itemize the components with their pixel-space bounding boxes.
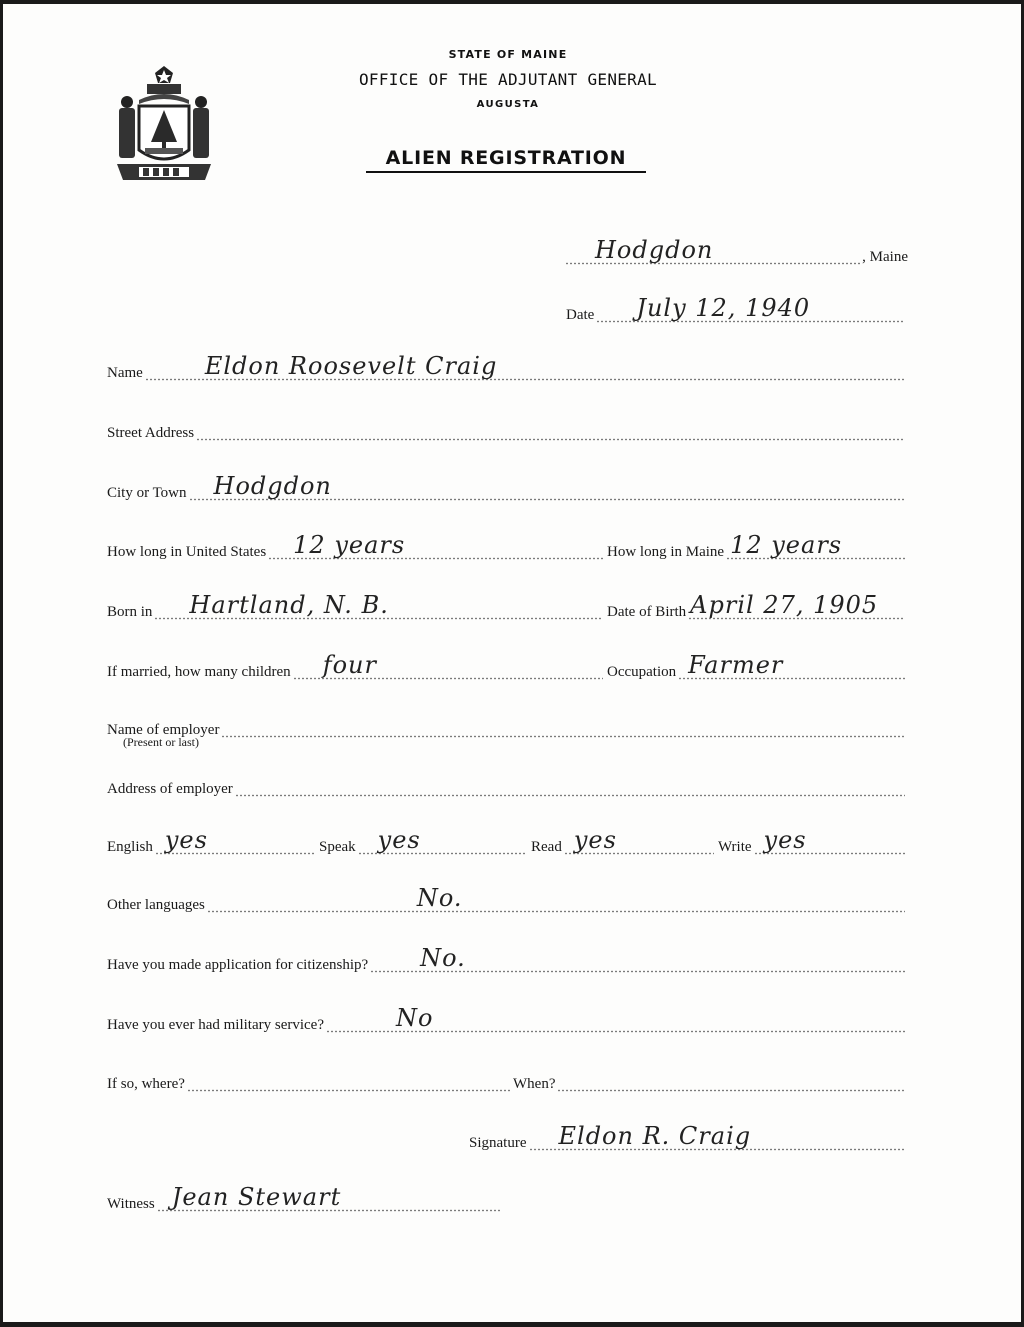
occupation-field[interactable]: Occupation Farmer: [607, 653, 907, 681]
date-value: July 12, 1940: [636, 294, 810, 322]
town-suffix: , Maine: [862, 248, 908, 266]
employer-name-sublabel: (Present or last): [123, 735, 199, 750]
town-value: Hodgdon: [595, 236, 713, 264]
write-label: Write: [718, 838, 752, 856]
date-label: Date: [566, 306, 594, 324]
other-languages-field[interactable]: Other languages No.: [107, 886, 907, 914]
english-value: yes: [165, 826, 208, 854]
name-value: Eldon Roosevelt Craig: [205, 352, 497, 380]
children-field[interactable]: If married, how many children four: [107, 653, 605, 681]
speak-label: Speak: [319, 838, 356, 856]
how-long-us-value: 12 years: [293, 531, 405, 559]
when-label: When?: [513, 1075, 555, 1093]
date-of-birth-label: Date of Birth: [607, 603, 686, 621]
children-value: four: [323, 651, 377, 679]
how-long-maine-field[interactable]: How long in Maine 12 years: [607, 533, 907, 561]
name-field[interactable]: Name Eldon Roosevelt Craig: [107, 354, 907, 382]
other-languages-value: No.: [417, 884, 463, 912]
date-of-birth-field[interactable]: Date of Birth April 27, 1905: [607, 593, 907, 621]
city-label: City or Town: [107, 484, 187, 502]
form-title: ALIEN REGISTRATION: [366, 147, 646, 173]
occupation-value: Farmer: [688, 651, 783, 679]
header-city: AUGUSTA: [303, 99, 713, 110]
signature-value: Eldon R. Craig: [559, 1122, 752, 1150]
read-field[interactable]: Read yes: [531, 828, 716, 856]
write-field[interactable]: Write yes: [718, 828, 908, 856]
military-service-value: No: [396, 1004, 433, 1032]
other-languages-label: Other languages: [107, 896, 205, 914]
how-long-maine-value: 12 years: [730, 531, 842, 559]
town-field[interactable]: Hodgdon , Maine: [563, 238, 908, 266]
where-field[interactable]: If so, where?: [107, 1065, 512, 1093]
citizenship-label: Have you made application for citizenshi…: [107, 956, 368, 974]
born-in-field[interactable]: Born in Hartland, N. B.: [107, 593, 605, 621]
where-label: If so, where?: [107, 1075, 185, 1093]
english-field[interactable]: English yes: [107, 828, 317, 856]
city-value: Hodgdon: [214, 472, 332, 500]
military-service-field[interactable]: Have you ever had military service? No: [107, 1006, 907, 1034]
employer-name-field[interactable]: Name of employer: [107, 711, 907, 739]
speak-value: yes: [378, 826, 421, 854]
header-state: STATE OF MAINE: [303, 48, 713, 61]
maine-state-seal-icon: [109, 64, 219, 186]
when-field[interactable]: When?: [513, 1065, 907, 1093]
english-label: English: [107, 838, 153, 856]
born-in-value: Hartland, N. B.: [189, 591, 388, 619]
registration-form-page: STATE OF MAINE OFFICE OF THE ADJUTANT GE…: [3, 4, 1021, 1322]
city-field[interactable]: City or Town Hodgdon: [107, 474, 907, 502]
date-field[interactable]: Date July 12, 1940: [566, 296, 906, 324]
signature-field[interactable]: Signature Eldon R. Craig: [469, 1124, 907, 1152]
date-of-birth-value: April 27, 1905: [690, 591, 878, 619]
children-label: If married, how many children: [107, 663, 291, 681]
read-label: Read: [531, 838, 562, 856]
witness-field[interactable]: Witness Jean Stewart: [107, 1185, 502, 1213]
witness-value: Jean Stewart: [172, 1183, 341, 1211]
how-long-us-field[interactable]: How long in United States 12 years: [107, 533, 605, 561]
speak-field[interactable]: Speak yes: [319, 828, 529, 856]
how-long-us-label: How long in United States: [107, 543, 266, 561]
name-label: Name: [107, 364, 143, 382]
citizenship-field[interactable]: Have you made application for citizenshi…: [107, 946, 907, 974]
signature-label: Signature: [469, 1134, 527, 1152]
read-value: yes: [574, 826, 617, 854]
street-address-field[interactable]: Street Address: [107, 414, 907, 442]
occupation-label: Occupation: [607, 663, 676, 681]
header-office: OFFICE OF THE ADJUTANT GENERAL: [303, 70, 713, 89]
born-in-label: Born in: [107, 603, 152, 621]
street-address-label: Street Address: [107, 424, 194, 442]
military-service-label: Have you ever had military service?: [107, 1016, 324, 1034]
witness-label: Witness: [107, 1195, 155, 1213]
employer-address-label: Address of employer: [107, 780, 233, 798]
employer-address-field[interactable]: Address of employer: [107, 770, 907, 798]
how-long-maine-label: How long in Maine: [607, 543, 724, 561]
write-value: yes: [764, 826, 807, 854]
citizenship-value: No.: [420, 944, 466, 972]
